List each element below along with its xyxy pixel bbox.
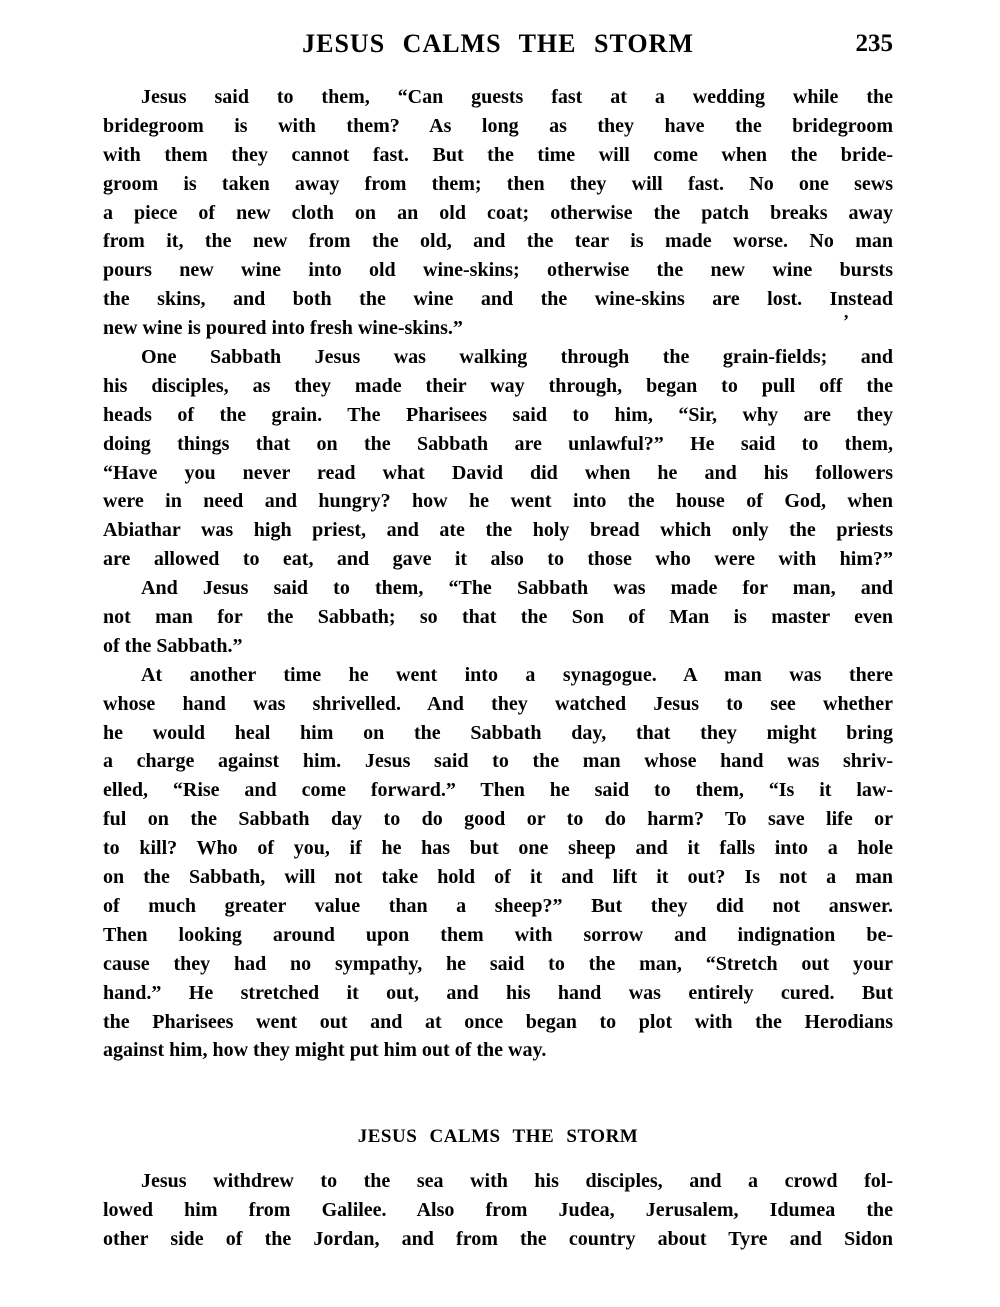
paragraph: Jesus withdrew to the sea with his disci… [103, 1167, 893, 1254]
text-line: to kill? Who of you, if he has but one s… [103, 834, 893, 863]
paragraph: One Sabbath Jesus was walking through th… [103, 343, 893, 574]
text-line: whose hand was shrivelled. And they watc… [103, 690, 893, 719]
text-line: doing things that on the Sabbath are unl… [103, 430, 893, 459]
text-line: Abiathar was high priest, and ate the ho… [103, 516, 893, 545]
text-line: Jesus withdrew to the sea with his disci… [103, 1167, 893, 1196]
text-line: One Sabbath Jesus was walking through th… [103, 343, 893, 372]
paragraph: At another time he went into a synagogue… [103, 661, 893, 1065]
text-line: the skins, and both the wine and the win… [103, 285, 893, 314]
text-line: a piece of new cloth on an old coat; oth… [103, 199, 893, 228]
text-line: the Pharisees went out and at once began… [103, 1008, 893, 1037]
text-line: pours new wine into old wine-skins; othe… [103, 256, 893, 285]
text-line: were in need and hungry? how he went int… [103, 487, 893, 516]
text-line: not man for the Sabbath; so that the Son… [103, 603, 893, 632]
book-page: JESUS CALMS THE STORM 235 ’ Jesus said t… [0, 0, 1000, 1307]
text-line: groom is taken away from them; then they… [103, 170, 893, 199]
text-line: he would heal him on the Sabbath day, th… [103, 719, 893, 748]
stray-ink-mark: ’ [843, 311, 849, 332]
text-line: elled, “Rise and come forward.” Then he … [103, 776, 893, 805]
text-line: ful on the Sabbath day to do good or to … [103, 805, 893, 834]
text-line: a charge against him. Jesus said to the … [103, 747, 893, 776]
text-line: hand.” He stretched it out, and his hand… [103, 979, 893, 1008]
text-line: against him, how they might put him out … [103, 1036, 893, 1065]
text-line: Then looking around upon them with sorro… [103, 921, 893, 950]
text-line: are allowed to eat, and gave it also to … [103, 545, 893, 574]
paragraph: And Jesus said to them, “The Sabbath was… [103, 574, 893, 661]
section-heading: JESUS CALMS THE STORM [103, 1124, 893, 1150]
paragraph: Jesus said to them, “Can guests fast at … [103, 83, 893, 343]
text-line: with them they cannot fast. But the time… [103, 141, 893, 170]
text-line: new wine is poured into fresh wine-skins… [103, 314, 893, 343]
text-line: of the Sabbath.” [103, 632, 893, 661]
text-line: lowed him from Galilee. Also from Judea,… [103, 1196, 893, 1225]
text-line: Jesus said to them, “Can guests fast at … [103, 83, 893, 112]
text-line: At another time he went into a synagogue… [103, 661, 893, 690]
text-line: And Jesus said to them, “The Sabbath was… [103, 574, 893, 603]
text-line: heads of the grain. The Pharisees said t… [103, 401, 893, 430]
page-body: ’ Jesus said to them, “Can guests fast a… [103, 83, 893, 1254]
text-line: bridegroom is with them? As long as they… [103, 112, 893, 141]
running-header: JESUS CALMS THE STORM [103, 28, 893, 60]
page-number: 235 [856, 28, 894, 60]
text-line: other side of the Jordan, and from the c… [103, 1225, 893, 1254]
text-line: “Have you never read what David did when… [103, 459, 893, 488]
text-line: his disciples, as they made their way th… [103, 372, 893, 401]
page-header: JESUS CALMS THE STORM 235 [103, 28, 893, 60]
text-line: on the Sabbath, will not take hold of it… [103, 863, 893, 892]
text-line: from it, the new from the old, and the t… [103, 227, 893, 256]
text-line: of much greater value than a sheep?” But… [103, 892, 893, 921]
text-line: cause they had no sympathy, he said to t… [103, 950, 893, 979]
